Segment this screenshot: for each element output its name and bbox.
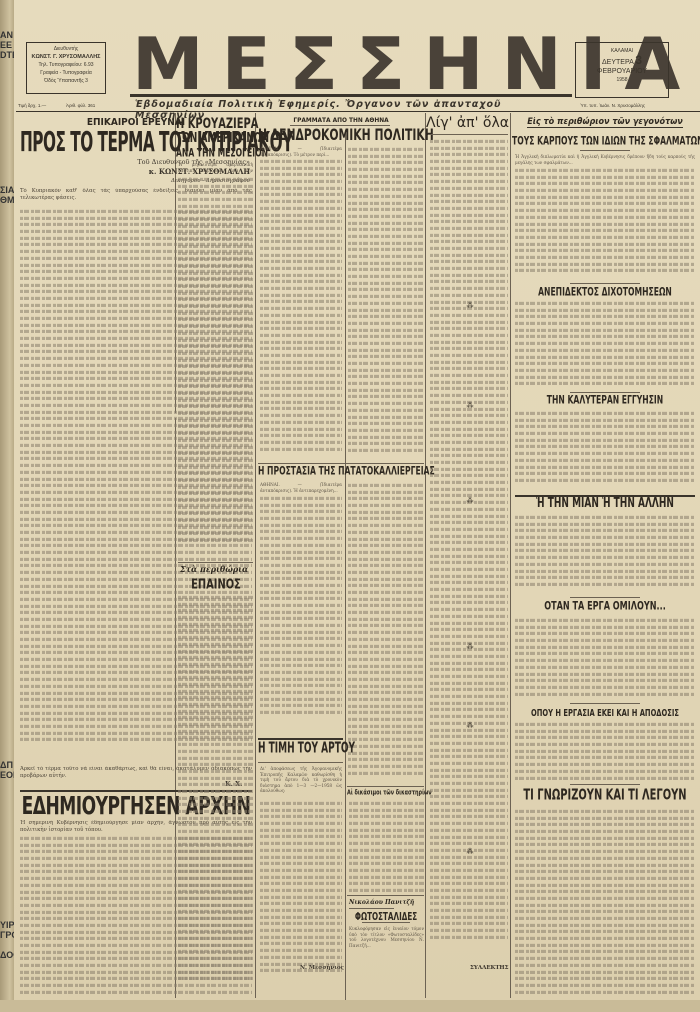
cruise-headline-line2: ΤΩΝ ΑΜΕΡΙΚΑΝΩΝ <box>176 131 256 145</box>
tree-lead: ΑΘΗΝΑΙ. — (Ἰδιαιτέρα ἀνταπόκρισις). Τὸ μ… <box>260 146 342 158</box>
partition-headline: ΑΝΕΠΙΔΕΚΤΟΣ ΔΙΧΟΤΟΜΗΣΕΩΝ <box>512 287 698 300</box>
headline-rule <box>362 922 410 923</box>
photo-section-label: Νικολάου Πανιτζῆ <box>349 899 414 906</box>
potato-body-col1 <box>260 495 342 720</box>
publisher-offices: Γραφεία - Τυπογραφεία <box>27 69 105 77</box>
publisher-role: Διευθυντής <box>27 45 105 53</box>
works-speak-body <box>515 617 695 702</box>
what-they-know-headline: ΤΙ ΓΝΩΡΙΖΟΥΝ ΚΑΙ ΤΙ ΛΕΓΟΥΝ <box>512 785 698 803</box>
column-divider <box>255 113 256 998</box>
publisher-address: Ὁδὸς Ὑπαπαντῆς 3 <box>27 77 105 85</box>
separator-stars: ⁂ <box>455 643 485 651</box>
separator-stars: ⁂ <box>455 302 485 310</box>
partition-body <box>515 300 695 390</box>
potato-headline: Η ΠΡΟΣΤΑΣΙΑ ΤΗΣ ΠΑΤΑΤΟΚΑΛΛΙΕΡΓΕΙΑΣ <box>258 466 424 479</box>
cruise-headline-line3: ΑΝΑ ΤΗΝ ΜΕΣΟΓΕΙΟΝ <box>176 148 256 161</box>
page-bottom-edge <box>0 1000 700 1012</box>
section-rule <box>347 786 424 787</box>
events-headline: ΤΟΥΣ ΚΑΡΠΟΥΣ ΤΩΝ ΙΔΙΩΝ ΤΗΣ ΣΦΑΛΜΑΤΩΝ <box>512 136 698 149</box>
adjacent-page-fragment: ΣΙΑΘΜ <box>0 185 14 205</box>
courts-headline: Αἱ δικάσιμοι τῶν δικαστηρίων <box>347 789 425 797</box>
bread-body <box>260 800 342 980</box>
what-they-know-body <box>515 808 695 998</box>
publisher-phone: Τηλ. Τυπογραφείου: 6.93 <box>27 61 105 69</box>
cruise-body <box>178 176 253 556</box>
issue-number: Ἀριθ. φύλ. 361 <box>66 103 95 108</box>
weekday: ΔΕΥΤΕΡΑ <box>602 59 633 66</box>
section-rule <box>178 562 253 563</box>
work-yield-headline: ΟΠΟΥ Η ΕΡΓΑΣΙΑ ΕΚΕΙ ΚΑΙ Η ΑΠΟΔΟΣΙΣ <box>512 707 698 719</box>
either-or-headline: Ἡ ΤΗΝ ΜΙΑΝ Ἡ ΤΗΝ ΑΛΛΗΝ <box>512 496 698 510</box>
events-kicker: Εἰς τὸ περιθώριον τῶν γεγονότων <box>512 117 698 127</box>
a-little-signature: ΣΥΛΛΕΚΤΗΣ <box>470 965 509 971</box>
a-little-body <box>430 138 508 998</box>
adjacent-page-fragment: ΔΠΕΟΙ <box>0 760 14 780</box>
city: ΚΑΛΑΜΑΙ <box>576 47 668 56</box>
section-rule <box>428 134 508 135</box>
work-yield-body <box>515 721 695 783</box>
adjacent-page-fragment: ΥΙΡΓΡΟΔΟΦ <box>0 920 14 960</box>
section-rule <box>570 392 640 393</box>
section-rule <box>570 703 640 704</box>
potato-lead: ΑΘΗΝΑΙ. — (Ἰδιαιτέρα ἀνταπόκρισις). Ἡ ἀν… <box>260 482 342 494</box>
events-lead: Ἡ Ἀγγλικὴ διπλωματία καὶ ἡ Ἀγγλικὴ Κυβέρ… <box>515 154 695 166</box>
praise-section-label: Στὰ περιθώρια <box>180 564 248 574</box>
events-kicker-text: Εἰς τὸ περιθώριον τῶν γεγονότων <box>527 117 683 128</box>
cruise-lead: Ἡ μεγαλυτέρα ἀμερικανικὴ ναυτικὴ περιοδε… <box>178 162 253 174</box>
column-divider <box>425 113 426 998</box>
section-rule <box>347 895 424 896</box>
events-body <box>515 167 695 277</box>
works-speak-headline: ΟΤΑΝ ΤΑ ΕΡΓΑ ΟΜΙΛΟΥΝ... <box>512 601 698 614</box>
section-rule <box>570 597 640 598</box>
separator-stars: ⁂ <box>455 402 485 410</box>
guarantee-body <box>515 410 695 490</box>
either-or-body <box>515 514 695 594</box>
header-rule <box>16 111 700 112</box>
tree-kicker: ΓΡΑΜΜΑΤΑ ΑΠΟ ΤΗΝ ΑΘΗΝΑ <box>258 116 424 124</box>
masthead-rule <box>130 94 572 97</box>
bread-signature: Ν. Μεσσήνιος <box>300 965 344 971</box>
binding-strip <box>0 0 14 1012</box>
label-rule <box>349 908 394 909</box>
tree-headline: Η ΔΕΝΔΡΟΚΟΜΙΚΗ ΠΟΛΙΤΙΚΗ <box>258 126 424 144</box>
photo-headline: ΦΩΤΟΣΤΑΛΙΔΕΣ <box>347 911 425 923</box>
separator-stars: ⁂ <box>455 497 485 505</box>
adjacent-page-fragment: ANEEDTE <box>0 30 14 60</box>
a-little-headline: Λίγ' ἀπ' ὅλα <box>425 115 510 131</box>
cruise-headline-line1: Η ΚΡΟΥΑΖΙΕΡΑ <box>176 115 256 132</box>
headline-rule <box>580 150 630 151</box>
year: 1958 <box>576 76 668 85</box>
section-rule <box>258 463 424 464</box>
tree-body-col1 <box>260 158 342 458</box>
issue-date: ΔΕΥΤΕΡΑ 3 ΦΕΒΡΟΥΑΡΙΟΥ <box>576 56 668 76</box>
editor-line: Ὑπ. τυπ. Ἰωάν. Ν. Χρυσομάλλης <box>580 103 645 108</box>
separator-stars: ⁂ <box>455 848 485 856</box>
section-rule <box>258 762 343 763</box>
praise-body <box>178 594 253 984</box>
photo-lead: Κυκλοφόρησαν εἰς ἑνιαῖον τόμον ὑπὸ τὸν τ… <box>349 926 424 981</box>
date-box: ΚΑΛΑΜΑΙ ΔΕΥΤΕΡΑ 3 ΦΕΒΡΟΥΑΡΙΟΥ 1958 <box>575 42 669 98</box>
column-divider <box>510 113 511 998</box>
guarantee-headline: ΤΗΝ ΚΑΛΥΤΕΡΑΝ ΕΓΓΥΗΣΙΝ <box>512 395 698 408</box>
potato-body-col2 <box>348 482 423 782</box>
day: 3 <box>635 53 642 67</box>
month: ΦΕΒΡΟΥΑΡΙΟΥ <box>597 68 647 75</box>
separator-stars: ⁂ <box>455 722 485 730</box>
newspaper-title: ΜΕΣΣΗΝΙΑ <box>132 28 572 100</box>
section-rule <box>570 283 640 284</box>
tree-body-col2 <box>348 146 423 458</box>
praise-headline: ΕΠΑΙΝΟΣ <box>176 577 256 593</box>
courts-body <box>349 800 424 895</box>
column-divider <box>345 130 346 1000</box>
publisher-name: ΚΩΝΣΤ. Γ. ΧΡΥΣΟΜΑΛΛΗΣ <box>27 53 105 61</box>
bread-headline: Η ΤΙΜΗ ΤΟΥ ΑΡΤΟΥ <box>258 740 343 757</box>
bread-lead: Δι' ἀποφάσεως τῆς Ἀγορανομικῆς Ἐπιτροπῆς… <box>260 766 342 800</box>
publisher-info-box: Διευθυντής ΚΩΝΣΤ. Γ. ΧΡΥΣΟΜΑΛΛΗΣ Τηλ. Τυ… <box>26 42 106 94</box>
price: Τιμὴ δρχ. 1.— <box>18 103 46 108</box>
